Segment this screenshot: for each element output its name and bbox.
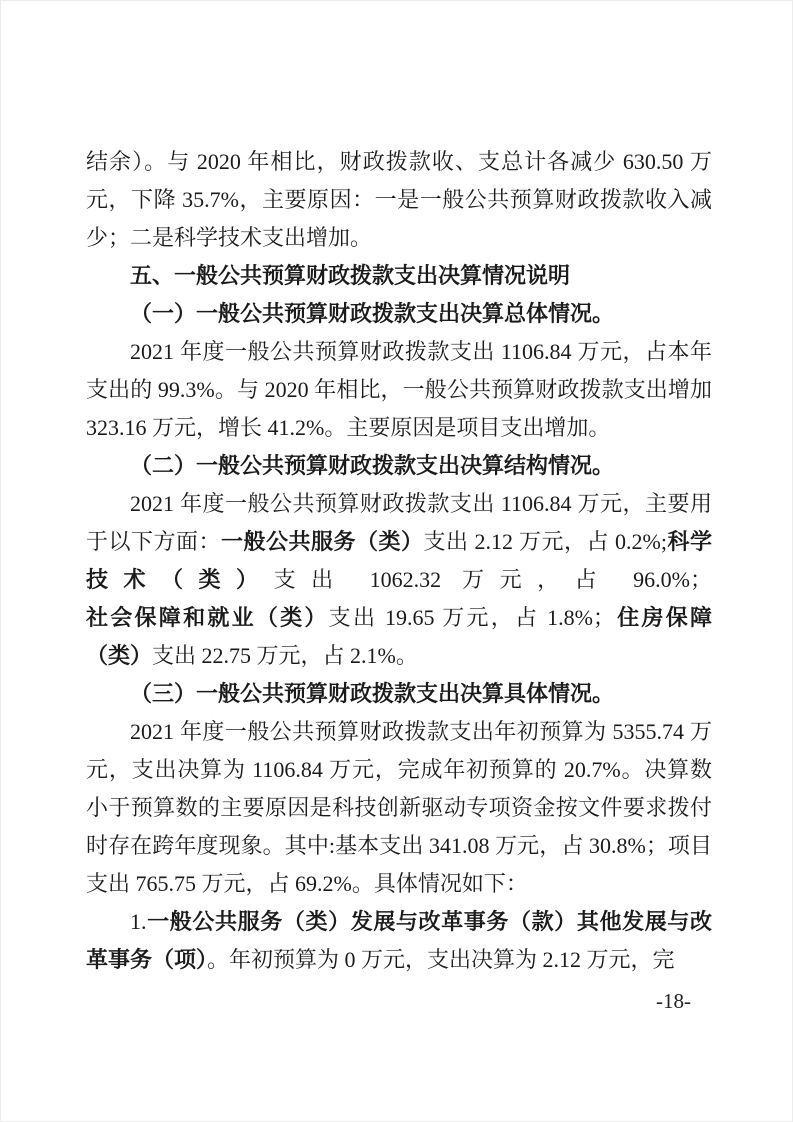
text-run: 支出 19.65 万元，占 1.8%； (329, 605, 615, 630)
text-run: 支出 2.12 万元，占 0.2%; (424, 529, 667, 554)
paragraph-structure: 2021 年度一般公共预算财政拨款支出 1106.84 万元，主要用于以下方面：… (86, 485, 712, 675)
text-run: 支出 1062.32 万元，占 96.0%； (274, 567, 712, 592)
page-number: -18- (1, 989, 691, 1013)
section-heading-5: 五、一般公共预算财政拨款支出决算情况说明 (86, 257, 712, 295)
paragraph-item-1: 1.一般公共服务（类）发展与改革事务（款）其他发展与改革事务（项）。年初预算为 … (86, 903, 712, 979)
document-page: 结余）。与 2020 年相比，财政拨款收、支总计各减少 630.50 万元，下降… (0, 0, 793, 1122)
text-run-bold: 社会保障和就业（类） (86, 605, 329, 630)
paragraph-detail: 2021 年度一般公共预算财政拨款支出年初预算为 5355.74 万元，支出决算… (86, 713, 712, 903)
subsection-heading-1: （一）一般公共预算财政拨款支出决算总体情况。 (86, 295, 712, 333)
text-run: 。年初预算为 0 万元，支出决算为 2.12 万元，完 (207, 947, 675, 972)
subsection-heading-3: （三）一般公共预算财政拨款支出决算具体情况。 (86, 675, 712, 713)
text-run: 1. (130, 909, 147, 934)
document-body: 结余）。与 2020 年相比，财政拨款收、支总计各减少 630.50 万元，下降… (86, 143, 712, 979)
text-run: 支出 22.75 万元，占 2.1%。 (152, 643, 418, 668)
paragraph-total-overview: 2021 年度一般公共预算财政拨款支出 1106.84 万元，占本年支出的 99… (86, 333, 712, 447)
subsection-heading-2: （二）一般公共预算财政拨款支出决算结构情况。 (86, 447, 712, 485)
paragraph-carryover: 结余）。与 2020 年相比，财政拨款收、支总计各减少 630.50 万元，下降… (86, 143, 712, 257)
text-run-bold: 一般公共服务（类） (221, 529, 424, 554)
